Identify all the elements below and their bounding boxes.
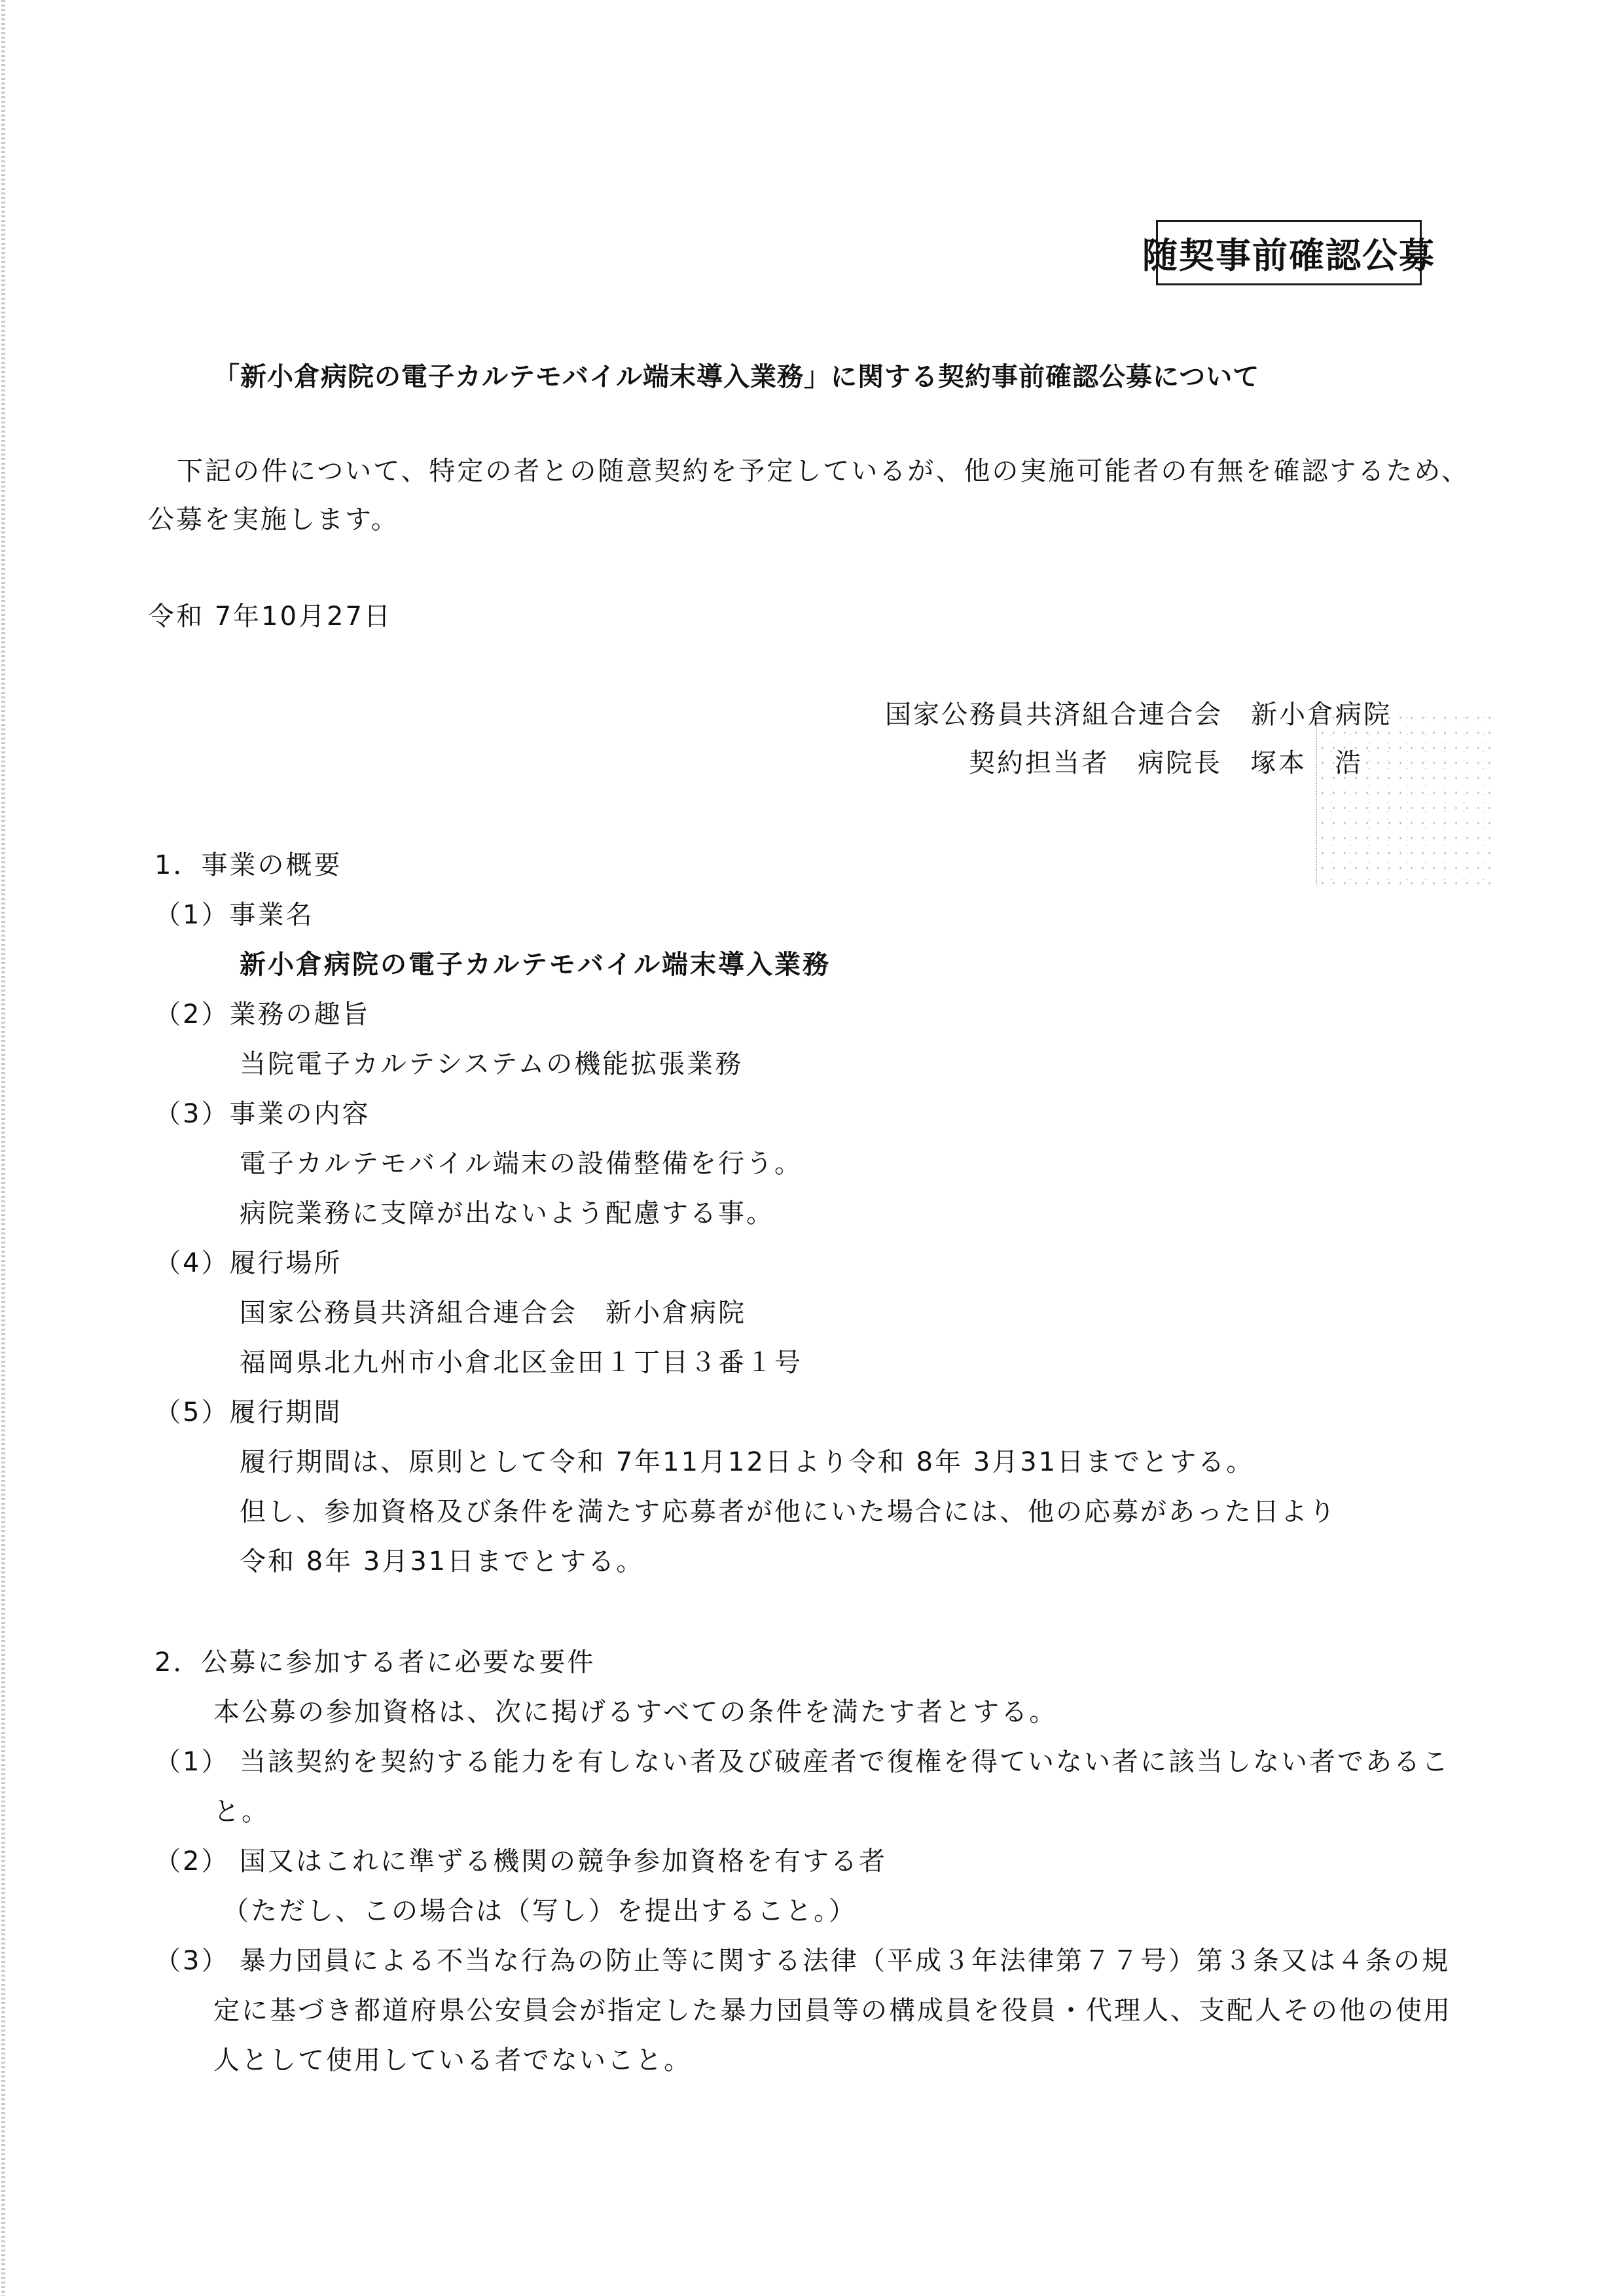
project-content-line-2: 病院業務に支障が出ないよう配慮する事。 bbox=[240, 1200, 774, 1227]
requirement-2-label: （2） bbox=[154, 1848, 229, 1874]
procurement-type-stamp: 随契事前確認公募 bbox=[1156, 220, 1422, 285]
project-content-line-1: 電子カルテモバイル端末の設備整備を行う。 bbox=[240, 1151, 803, 1177]
project-name: 新小倉病院の電子カルテモバイル端末導入業務 bbox=[240, 952, 831, 978]
requirement-2-line-1: 国又はこれに準ずる機関の競争参加資格を有する者 bbox=[240, 1848, 887, 1874]
performance-period-line-2: 但し、参加資格及び条件を満たす応募者が他にいた場合には、他の応募があった日より bbox=[240, 1499, 1337, 1525]
requirement-3-line-3: 人として使用している者でないこと。 bbox=[213, 2047, 692, 2073]
performance-period-line-3: 令和 8年 3月31日までとする。 bbox=[240, 1549, 644, 1575]
intro-line-1: 下記の件について、特定の者との随意契約を予定しているが、他の実施可能者の有無を確… bbox=[177, 458, 1470, 484]
section-2-heading: 2．公募に参加する者に必要な要件 bbox=[154, 1649, 595, 1676]
issuer-contact: 契約担当者 病院長 塚本 浩 bbox=[969, 750, 1363, 776]
issuer-organization: 国家公務員共済組合連合会 新小倉病院 bbox=[885, 702, 1392, 728]
stamp-label: 随契事前確認公募 bbox=[1142, 228, 1435, 278]
requirement-2-line-2: （ただし、この場合は（写し）を提出すること。） bbox=[223, 1898, 857, 1924]
section-1-heading: 1．事業の概要 bbox=[154, 852, 342, 878]
section-1-item-4-label: （4）履行場所 bbox=[154, 1250, 342, 1276]
requirement-3-line-2: 定に基づき都道府県公安員会が指定した暴力団員等の構成員を役員・代理人、支配人その… bbox=[213, 1998, 1452, 2024]
section-1-item-2-label: （2）業務の趣旨 bbox=[154, 1001, 370, 1028]
performance-location-address: 福岡県北九州市小倉北区金田１丁目３番１号 bbox=[240, 1350, 803, 1376]
requirement-3-line-1: 暴力団員による不当な行為の防止等に関する法律（平成３年法律第７７号）第３条又は４… bbox=[240, 1948, 1450, 1974]
section-1-item-1-label: （1）事業名 bbox=[154, 902, 314, 928]
project-purpose: 当院電子カルテシステムの機能拡張業務 bbox=[240, 1051, 743, 1077]
requirement-1-label: （1） bbox=[154, 1749, 229, 1775]
requirement-1-line-2: と。 bbox=[213, 1799, 270, 1825]
intro-line-2: 公募を実施します。 bbox=[148, 507, 399, 533]
scan-edge-artifact bbox=[1, 0, 5, 2296]
document-title: 「新小倉病院の電子カルテモバイル端末導入業務」に関する契約事前確認公募について bbox=[213, 356, 1259, 393]
document-page: 随契事前確認公募 「新小倉病院の電子カルテモバイル端末導入業務」に関する契約事前… bbox=[0, 0, 1624, 2296]
issue-date: 令和 7年10月27日 bbox=[148, 603, 392, 630]
official-seal-stamp bbox=[1316, 710, 1494, 887]
requirement-3-label: （3） bbox=[154, 1948, 229, 1974]
section-2-intro: 本公募の参加資格は、次に掲げるすべての条件を満たす者とする。 bbox=[213, 1699, 1057, 1725]
section-1-item-3-label: （3）事業の内容 bbox=[154, 1101, 370, 1127]
performance-period-line-1: 履行期間は、原則として令和 7年11月12日より令和 8年 3月31日までとする… bbox=[240, 1449, 1254, 1475]
section-1-item-5-label: （5）履行期間 bbox=[154, 1399, 342, 1426]
performance-location-line-1: 国家公務員共済組合連合会 新小倉病院 bbox=[240, 1300, 746, 1326]
requirement-1-line-1: 当該契約を契約する能力を有しない者及び破産者で復権を得ていない者に該当しない者で… bbox=[240, 1749, 1450, 1775]
